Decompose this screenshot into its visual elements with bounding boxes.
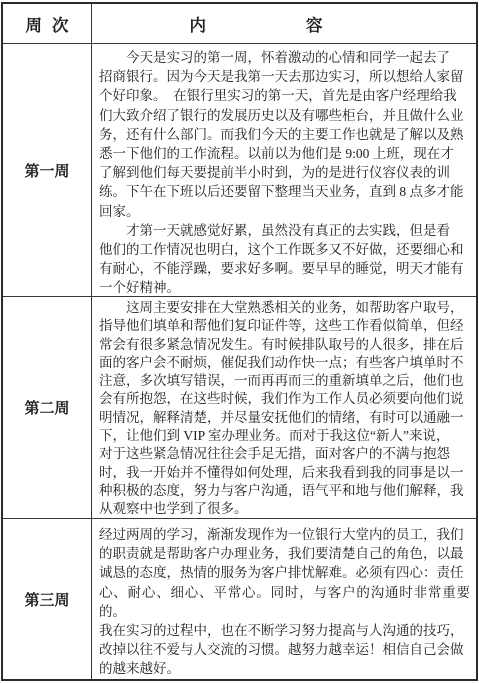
header-cell-week: 周次 xyxy=(3,4,92,44)
weekly-internship-log-table: 周次 内容 第一周 今天是实习的第一周，怀着激动的心情和同学一起去了 招商银行。… xyxy=(1,2,478,681)
week-2-paragraph-1: 这周主要安排在大堂熟悉相关的业务，如帮助客户取号， 指导他们填单和帮他们复印证件… xyxy=(99,299,470,519)
week-3-label: 第三周 xyxy=(24,589,69,610)
week-1-paragraph-2: 才第一天就感觉好累，虽然没有真正的去实践，但是看 他们的工作情况也明白，这个工作… xyxy=(99,221,470,297)
week-1-paragraph-1: 今天是实习的第一周，怀着激动的心情和同学一起去了 招商银行。因为今天是我第一天去… xyxy=(99,48,470,221)
header-content-label: 内容 xyxy=(190,12,423,36)
week-3-content-cell: 经过两周的学习，渐渐发现作为一位银行大堂内的员工，我们 的职责就是帮助客户办理业… xyxy=(92,519,476,679)
week-3-paragraph-1: 经过两周的学习，渐渐发现作为一位银行大堂内的员工，我们 的职责就是帮助客户办理业… xyxy=(99,525,470,679)
header-week-label: 周次 xyxy=(26,12,79,36)
week-2-content-cell: 这周主要安排在大堂熟悉相关的业务，如帮助客户取号， 指导他们填单和帮他们复印证件… xyxy=(92,297,476,519)
week-2-label-cell: 第二周 xyxy=(3,297,92,519)
header-cell-content: 内容 xyxy=(92,4,476,44)
week-3-label-cell: 第三周 xyxy=(3,519,92,679)
week-2-label: 第二周 xyxy=(24,397,69,418)
week-1-label-cell: 第一周 xyxy=(3,44,92,297)
week-1-content-cell: 今天是实习的第一周，怀着激动的心情和同学一起去了 招商银行。因为今天是我第一天去… xyxy=(92,44,476,297)
week-1-label: 第一周 xyxy=(24,160,69,181)
